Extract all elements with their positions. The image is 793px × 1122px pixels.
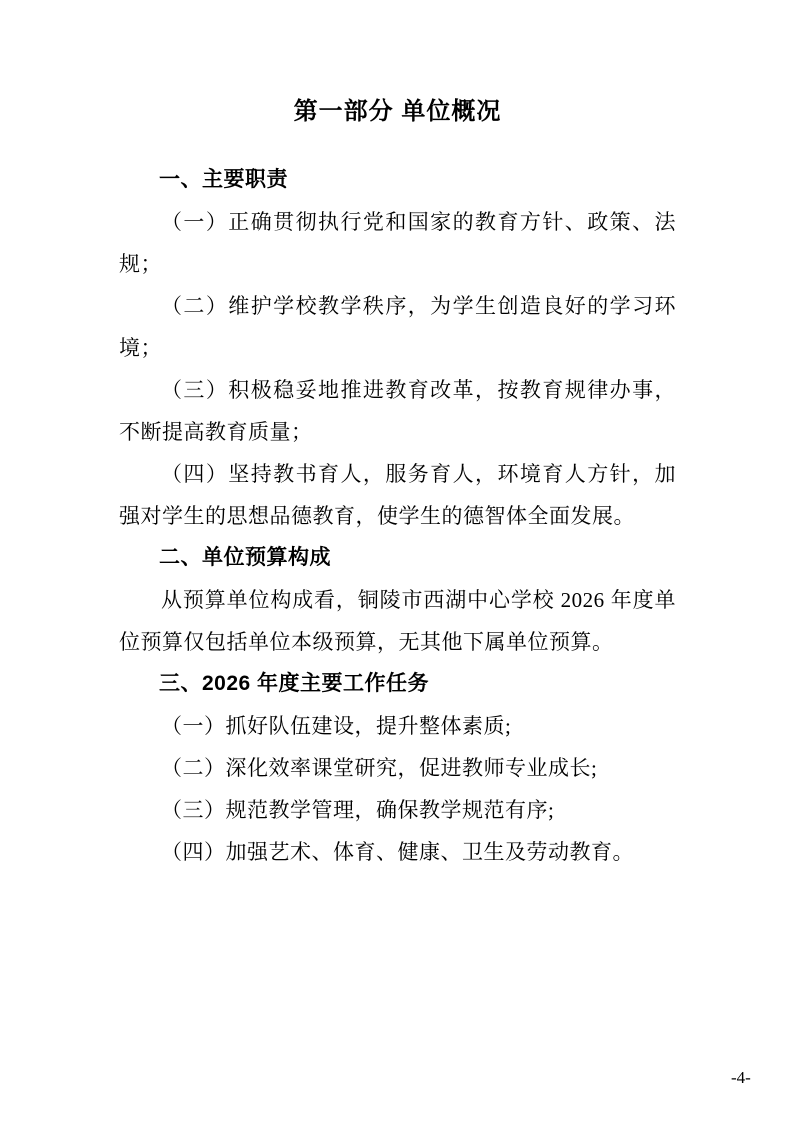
- page-number: -4-: [731, 1068, 751, 1088]
- paragraph: （一）抓好队伍建设，提升整体素质;: [119, 705, 676, 747]
- section-heading-budget-composition: 二、单位预算构成: [119, 537, 676, 579]
- paragraph: （四）加强艺术、体育、健康、卫生及劳动教育。: [119, 831, 676, 873]
- document-title: 第一部分 单位概况: [119, 95, 676, 129]
- section-heading-work-tasks: 三、2026 年度主要工作任务: [119, 663, 676, 705]
- paragraph: 从预算单位构成看，铜陵市西湖中心学校 2026 年度单位预算仅包括单位本级预算，…: [119, 579, 676, 663]
- paragraph: （二）深化效率课堂研究，促进教师专业成长;: [119, 747, 676, 789]
- document-body: 第一部分 单位概况 一、主要职责 （一）正确贯彻执行党和国家的教育方针、政策、法…: [119, 0, 676, 873]
- paragraph: （三）规范教学管理，确保教学规范有序;: [119, 789, 676, 831]
- section-heading-main-duties: 一、主要职责: [119, 159, 676, 201]
- document-page: 第一部分 单位概况 一、主要职责 （一）正确贯彻执行党和国家的教育方针、政策、法…: [0, 0, 793, 1122]
- paragraph: （三）积极稳妥地推进教育改革，按教育规律办事，不断提高教育质量；: [119, 369, 676, 453]
- paragraph: （一）正确贯彻执行党和国家的教育方针、政策、法规；: [119, 201, 676, 285]
- paragraph: （四）坚持教书育人，服务育人，环境育人方针，加强对学生的思想品德教育，使学生的德…: [119, 453, 676, 537]
- paragraph: （二）维护学校教学秩序，为学生创造良好的学习环境；: [119, 285, 676, 369]
